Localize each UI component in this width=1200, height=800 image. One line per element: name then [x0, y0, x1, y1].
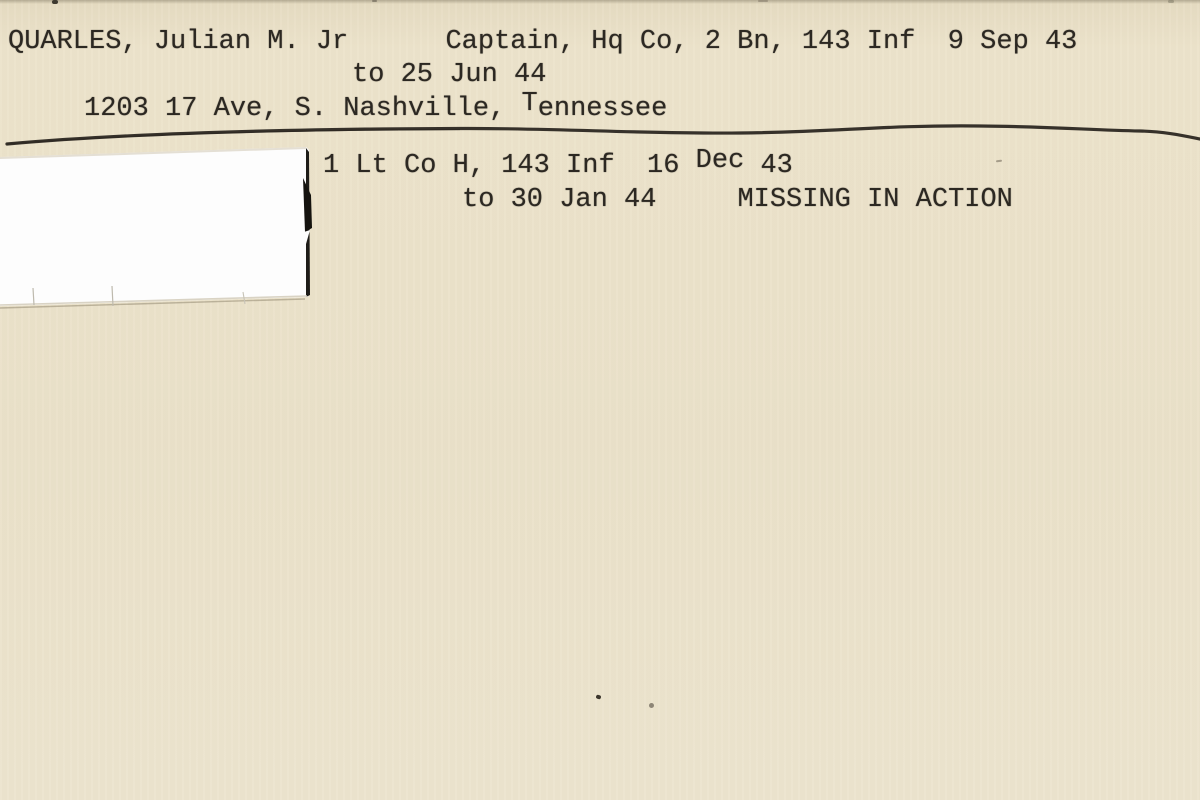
scan-speck	[1168, 0, 1174, 3]
entry2-raised-month: Dec	[696, 146, 745, 176]
scan-speck	[52, 0, 58, 4]
entry2-text: 1 Lt Co H, 143 Inf 16	[323, 151, 696, 181]
ink-dot	[595, 694, 601, 699]
entry2-status-line: to 30 Jan 44 MISSING IN ACTION	[462, 185, 1013, 215]
paste-over-patch	[0, 140, 332, 316]
ink-dot	[649, 703, 654, 708]
scan-speck	[758, 0, 768, 2]
scan-top-edge	[0, 0, 1200, 4]
address-raised-char: T	[521, 89, 537, 119]
entry1-name-rank-unit-line: QUARLES, Julian M. Jr Captain, Hq Co, 2 …	[8, 27, 1077, 57]
ink-smudge	[996, 160, 1002, 163]
entry1-date-line: to 25 Jun 44	[352, 60, 546, 90]
scan-speck	[372, 0, 377, 2]
entry2-rank-unit-line: 1 Lt Co H, 143 Inf 16 Dec 43	[323, 151, 793, 181]
entry2-text: 43	[744, 151, 793, 181]
index-card: QUARLES, Julian M. Jr Captain, Hq Co, 2 …	[0, 0, 1200, 800]
